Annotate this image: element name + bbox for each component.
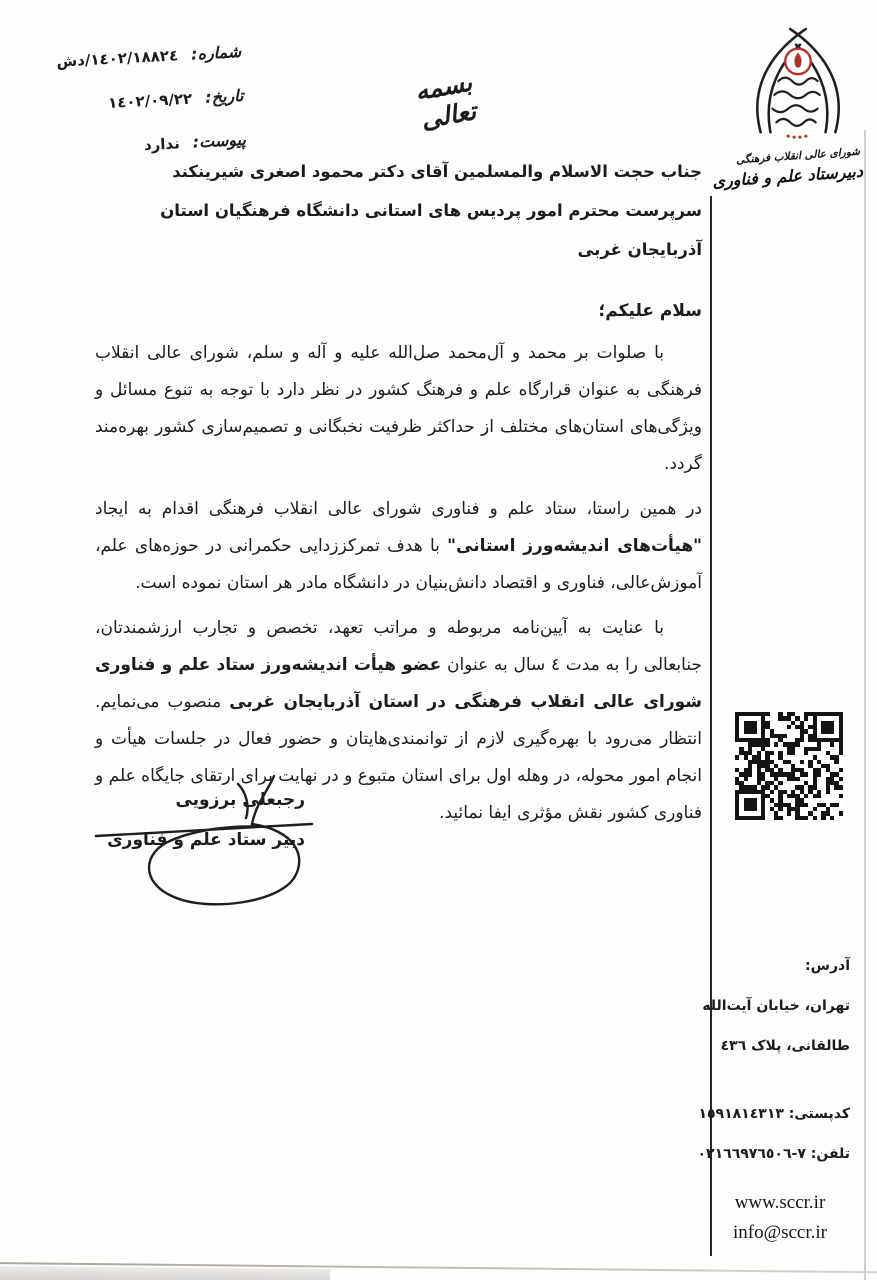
scanned-letter-page: شماره: ١٤٠٢/١٨٨٢٤/دش تاریخ: ١٤٠٢/٠٩/٢٢ پ… [0,0,877,1280]
recipient-title-line: سرپرست محترم امور پردیس های استانی دانشگ… [95,191,702,269]
signatory-title: دبیر ستاد علم و فناوری [100,820,305,860]
website-block: www.sccr.ir info@sccr.ir [700,1188,860,1248]
address-label: آدرس: [676,946,850,986]
body-paragraph-2: در همین راستا، ستاد علم و فناوری شورای ع… [95,491,702,602]
organization-emblem: شورای عالی انقلاب فرهنگی دبیرستاد علم و … [733,26,863,185]
postal-code-label: کدپستی: [789,1106,850,1122]
salutation-line: سلام علیکم؛ [95,295,702,327]
scan-edge-right [864,130,866,1280]
postal-code-value: ١٥٩١٨١٤٣١٣ [698,1106,783,1122]
letter-number-label: شماره: [191,42,242,64]
basmala-calligraphy: بسمه تعالی [382,62,510,140]
letter-date-value: ١٤٠٢/٠٩/٢٢ [108,90,193,112]
paragraph-2-text: در همین راستا، ستاد علم و فناوری شورای ع… [95,499,702,519]
address-line-1: تهران، خیابان آیت‌الله [676,986,850,1026]
letter-main-column: جناب حجت الاسلام والمسلمین آقای دکتر محم… [95,152,702,832]
signatory-name: رجبعلی برزویی [100,780,305,820]
paragraph-2-bold-term: "هیأت‌های اندیشه‌ورز استانی" [447,536,702,556]
phone-row: تلفن: ٧-٠٢١٦٦٩٧٦٥٠٦ [676,1134,850,1174]
body-paragraph-1: با صلوات بر محمد و آل‌محمد صل‌الله علیه … [95,335,702,483]
postal-code-row: کدپستی: ١٥٩١٨١٤٣١٣ [676,1094,850,1134]
qr-code [735,712,843,820]
email-address: info@sccr.ir [700,1218,860,1248]
emblem-red-dots [787,135,808,139]
contact-block: آدرس: تهران، خیابان آیت‌الله طالقانی، پل… [676,946,850,1174]
letter-number-value: ١٤٠٢/١٨٨٢٤/دش [56,46,179,70]
recipient-name-line: جناب حجت الاسلام والمسلمین آقای دکتر محم… [95,152,702,191]
address-line-2: طالقانی، پلاک ٤٣٦ [676,1026,850,1066]
phone-value: ٧-٠٢١٦٦٩٧٦٥٠٦ [698,1146,806,1162]
emblem-icon [739,26,857,148]
letter-date-label: تاریخ: [205,86,244,107]
signature-block: رجبعلی برزویی دبیر ستاد علم و فناوری [100,780,305,860]
website-url: www.sccr.ir [700,1188,860,1218]
scan-shadow-bottom-left [0,1266,330,1280]
emblem-caption-headquarters: دبیرستاد علم و فناوری [732,161,863,189]
letter-attachment-label: پیوست: [192,130,246,152]
phone-label: تلفن: [811,1146,850,1162]
